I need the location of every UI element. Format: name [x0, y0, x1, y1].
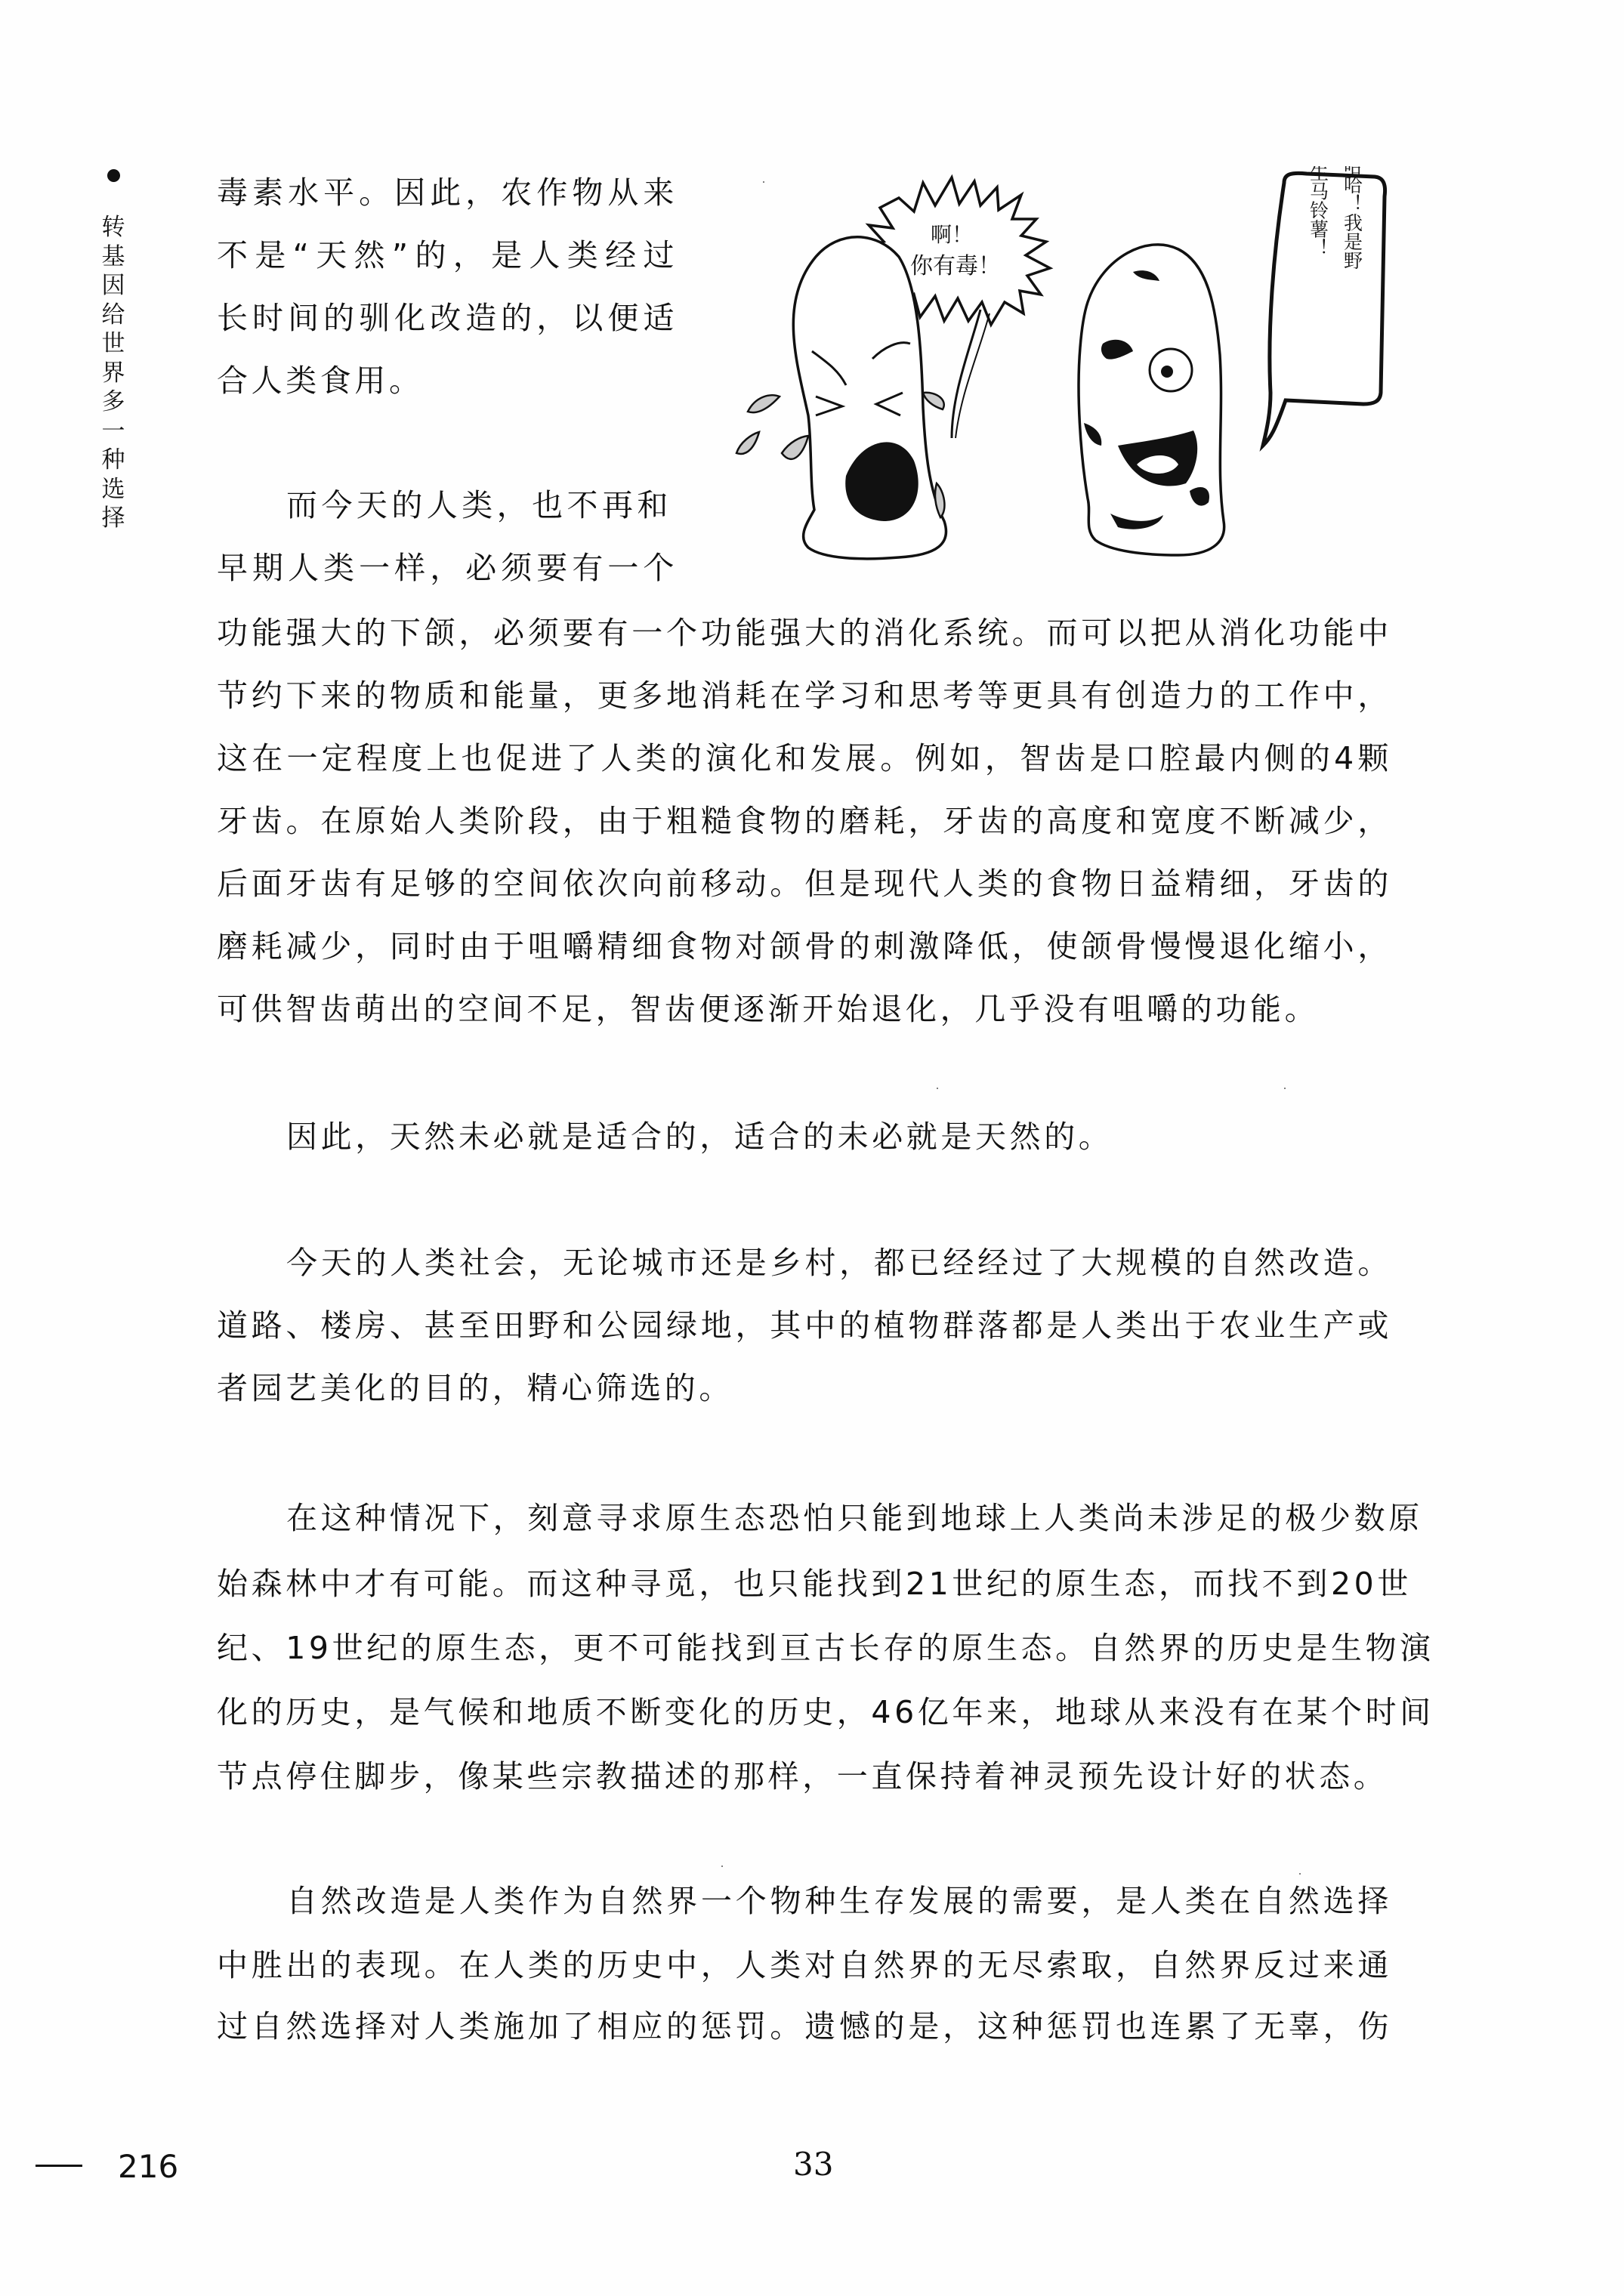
shout-text-line2: 你有毒！ — [910, 253, 1001, 279]
text-line: 中胜出的表现。在人类的历史中，人类对自然界的无尽索取，自然界反过来通 — [217, 1946, 1392, 1984]
text-line: 早期人类一样，必须要有一个 — [217, 549, 678, 587]
text-line: 纪、19世纪的原生态，更不可能找到亘古长存的原生态。自然界的历史是生物演 — [217, 1629, 1392, 1667]
pdf-page-number: 33 — [793, 2147, 833, 2182]
potato-cartoon-illustration: 啊！ 你有毒！ — [725, 166, 1405, 574]
text-line: 过自然选择对人类施加了相应的惩罚。遗憾的是，这种惩罚也连累了无辜，伤 — [217, 2007, 1392, 2045]
speech-bubble: 哈哈！我是野 生马铃薯！ — [1263, 166, 1385, 446]
scan-speck — [1284, 1088, 1286, 1089]
scan-speck — [937, 1088, 938, 1089]
text-line: 功能强大的下颌，必须要有一个功能强大的消化系统。而可以把从消化功能中 — [217, 614, 1392, 652]
text-line: 节点停住脚步，像某些宗教描述的那样，一直保持着神灵预先设计好的状态。 — [217, 1757, 1388, 1795]
text-line: 牙齿。在原始人类阶段，由于粗糙食物的磨耗，牙齿的高度和宽度不断减少， — [217, 802, 1392, 840]
speech-text-col1: 哈哈！我是野 — [1341, 166, 1363, 270]
text-line: 可供智齿萌出的空间不足，智齿便逐渐开始退化，几乎没有咀嚼的功能。 — [217, 990, 1319, 1028]
cartoon-svg: 啊！ 你有毒！ — [725, 166, 1405, 574]
text-line: 因此，天然未必就是适合的，适合的未必就是天然的。 — [286, 1118, 1113, 1156]
text-line: 道路、楼房、甚至田野和公园绿地，其中的植物群落都是人类出于农业生产或 — [217, 1307, 1392, 1344]
text-line: 化的历史，是气候和地质不断变化的历史，46亿年来，地球从来没有在某个时间 — [217, 1693, 1392, 1731]
running-title: 转基因给世界多一种选择 — [99, 213, 128, 533]
text-line: 长时间的驯化改造的，以便适 — [217, 299, 678, 337]
laughing-potato — [1079, 245, 1224, 555]
scan-speck — [1299, 1873, 1301, 1875]
book-page-number: 216 — [118, 2149, 178, 2184]
footer-dash — [36, 2165, 82, 2167]
text-line: 不是“天然”的，是人类经过 — [217, 236, 678, 274]
text-line: 后面牙齿有足够的空间依次向前移动。但是现代人类的食物日益精细，牙齿的 — [217, 865, 1392, 903]
scan-speck — [763, 181, 764, 183]
scan-speck — [721, 1865, 723, 1867]
shout-text-line1: 啊！ — [931, 222, 973, 247]
speech-text-col2: 生马铃薯！ — [1308, 166, 1329, 258]
text-line: 毒素水平。因此，农作物从来 — [217, 174, 678, 211]
text-line: 节约下来的物质和能量，更多地消耗在学习和思考等更具有创造力的工作中， — [217, 677, 1392, 714]
text-line: 者园艺美化的目的，精心筛选的。 — [217, 1369, 733, 1407]
bullet-icon — [107, 169, 120, 182]
text-line: 这在一定程度上也促进了人类的演化和发展。例如，智齿是口腔最内侧的4颗 — [217, 739, 1392, 777]
text-line: 自然改造是人类作为自然界一个物种生存发展的需要，是人类在自然选择 — [286, 1882, 1392, 1920]
text-line: 今天的人类社会，无论城市还是乡村，都已经经过了大规模的自然改造。 — [286, 1244, 1392, 1282]
text-line: 而今天的人类，也不再和 — [286, 486, 672, 524]
text-line: 在这种情况下，刻意寻求原生态恐怕只能到地球上人类尚未涉足的极少数原 — [286, 1499, 1392, 1537]
book-page: 转基因给世界多一种选择 啊！ 你有毒！ — [0, 0, 1624, 2296]
text-line: 合人类食用。 — [217, 362, 424, 400]
text-line: 始森林中才有可能。而这种寻觅，也只能找到21世纪的原生态，而找不到20世 — [217, 1565, 1392, 1603]
text-line: 磨耗减少，同时由于咀嚼精细食物对颌骨的刺激降低，使颌骨慢慢退化缩小， — [217, 927, 1392, 965]
